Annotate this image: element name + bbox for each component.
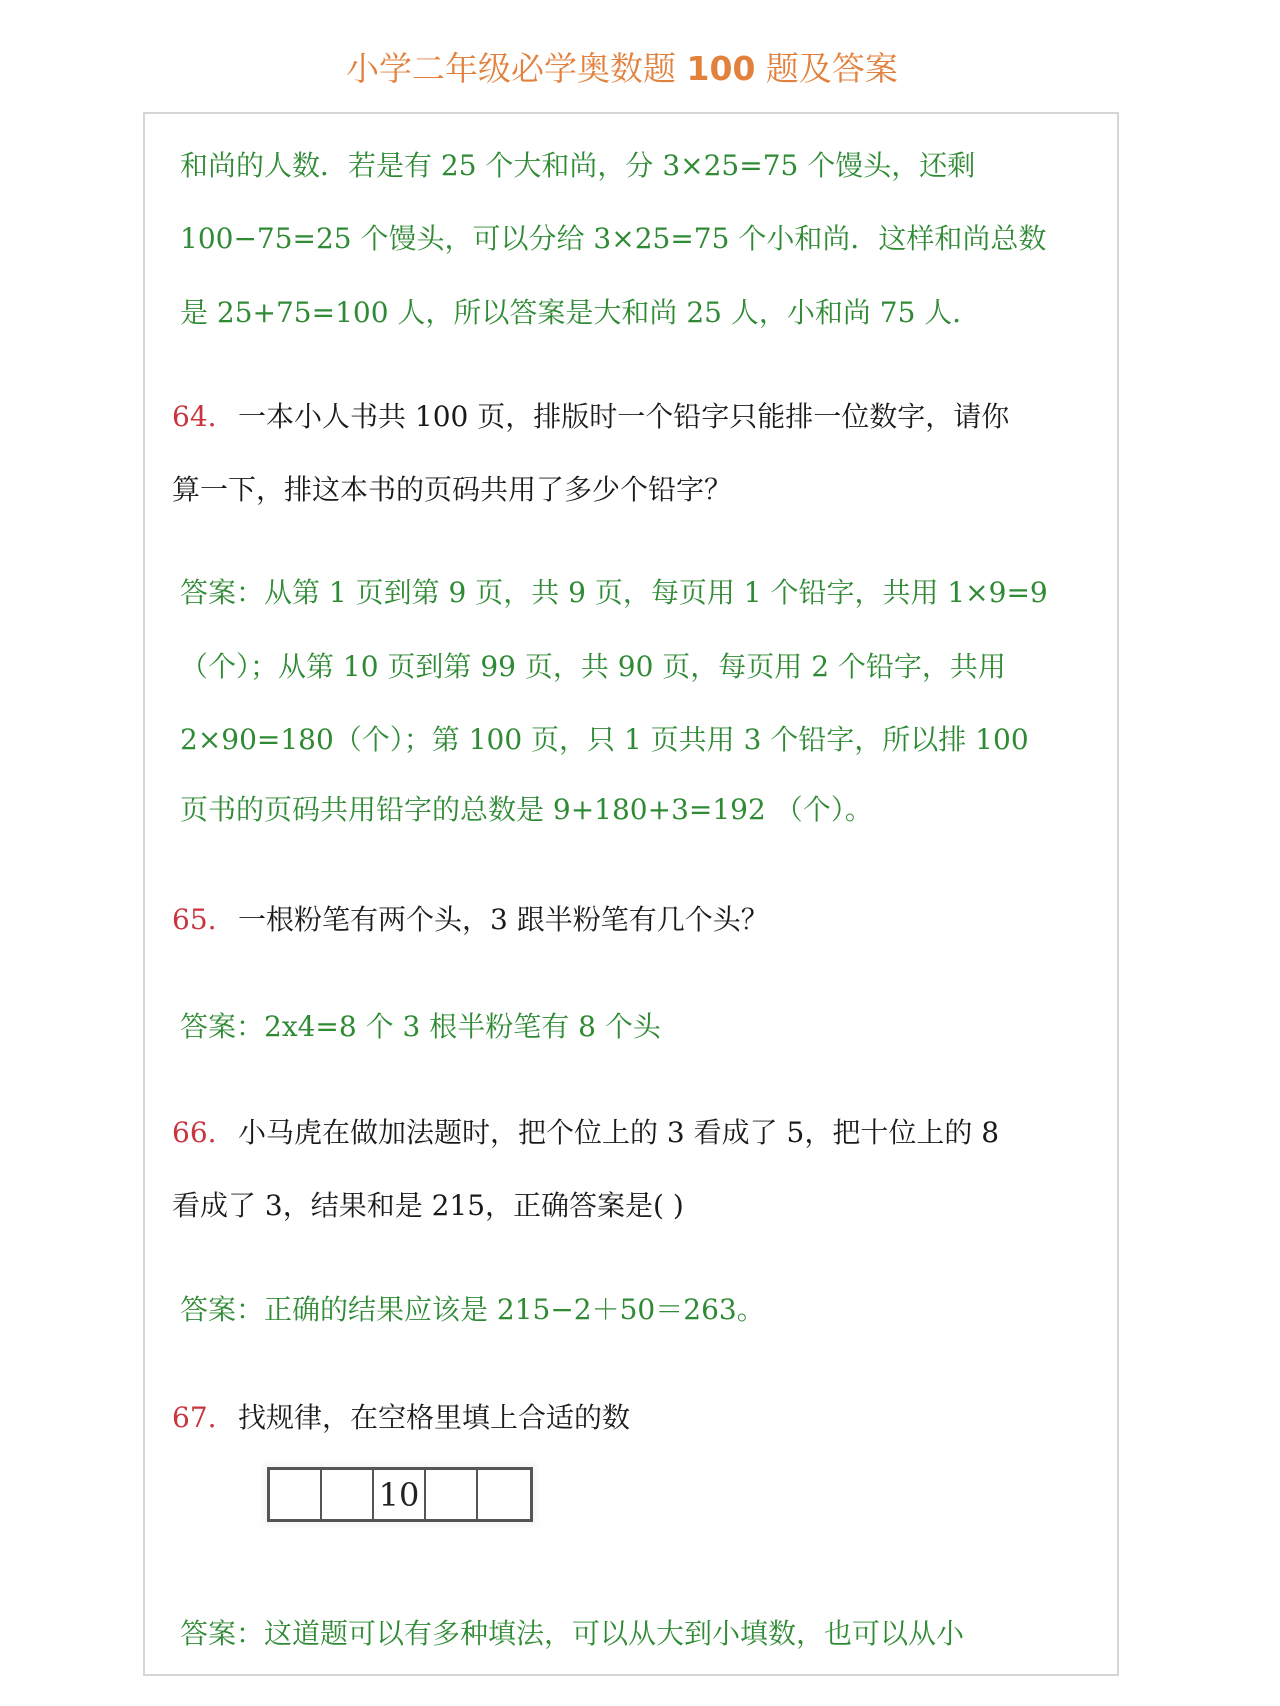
answer-line: 答案：2x4=8 个 3 根半粉笔有 8 个头 <box>180 1007 661 1047</box>
title-number: 100 <box>687 49 756 88</box>
document-page <box>143 112 1119 1676</box>
question-number: 67. <box>172 1398 238 1438</box>
number-pattern-grid: 10 <box>267 1467 533 1522</box>
question-text: 找规律，在空格里填上合适的数 <box>238 1401 630 1434</box>
question-number: 65. <box>172 900 238 940</box>
grid-cell <box>478 1470 530 1519</box>
question-text: 小马虎在做加法题时，把个位上的 3 看成了 5，把十位上的 8 <box>238 1116 999 1149</box>
question-text-line: 算一下，排这本书的页码共用了多少个铅字？ <box>172 470 732 510</box>
answer-line: （个）；从第 10 页到第 99 页，共 90 页，每页用 2 个铅字，共用 <box>180 647 1006 687</box>
question-number: 66. <box>172 1113 238 1153</box>
question-64: 64.一本小人书共 100 页，排版时一个铅字只能排一位数字，请你 <box>172 397 1009 437</box>
document-title: 小学二年级必学奥数题 100 题及答案 <box>0 48 1244 90</box>
question-text: 一本小人书共 100 页，排版时一个铅字只能排一位数字，请你 <box>238 400 1009 433</box>
grid-cell: 10 <box>374 1470 426 1519</box>
answer-line: 2×90=180（个）；第 100 页，只 1 页共用 3 个铅字，所以排 10… <box>180 720 1029 760</box>
answer-line: 和尚的人数．若是有 25 个大和尚，分 3×25=75 个馒头，还剩 <box>180 146 975 186</box>
grid-cell <box>426 1470 478 1519</box>
grid-cell <box>322 1470 374 1519</box>
answer-line: 页书的页码共用铅字的总数是 9+180+3=192 （个）。 <box>180 790 873 830</box>
question-number: 64. <box>172 397 238 437</box>
answer-line: 是 25+75=100 人，所以答案是大和尚 25 人，小和尚 75 人． <box>180 293 980 333</box>
grid-cell <box>270 1470 322 1519</box>
question-66: 66.小马虎在做加法题时，把个位上的 3 看成了 5，把十位上的 8 <box>172 1113 999 1153</box>
question-65: 65.一根粉笔有两个头，3 跟半粉笔有几个头？ <box>172 900 769 940</box>
title-suffix: 题及答案 <box>755 49 898 88</box>
answer-line: 100−75=25 个馒头，可以分给 3×25=75 个小和尚．这样和尚总数 <box>180 219 1046 259</box>
answer-line: 答案：正确的结果应该是 215−2＋50＝263。 <box>180 1290 765 1330</box>
question-text: 一根粉笔有两个头，3 跟半粉笔有几个头？ <box>238 903 769 936</box>
title-prefix: 小学二年级必学奥数题 <box>346 49 687 88</box>
question-text-line: 看成了 3，结果和是 215，正确答案是( ) <box>172 1186 684 1226</box>
question-67: 67.找规律，在空格里填上合适的数 <box>172 1398 630 1438</box>
answer-line: 答案：从第 1 页到第 9 页，共 9 页，每页用 1 个铅字，共用 1×9=9 <box>180 573 1048 613</box>
answer-line: 答案：这道题可以有多种填法，可以从大到小填数，也可以从小 <box>180 1614 964 1654</box>
